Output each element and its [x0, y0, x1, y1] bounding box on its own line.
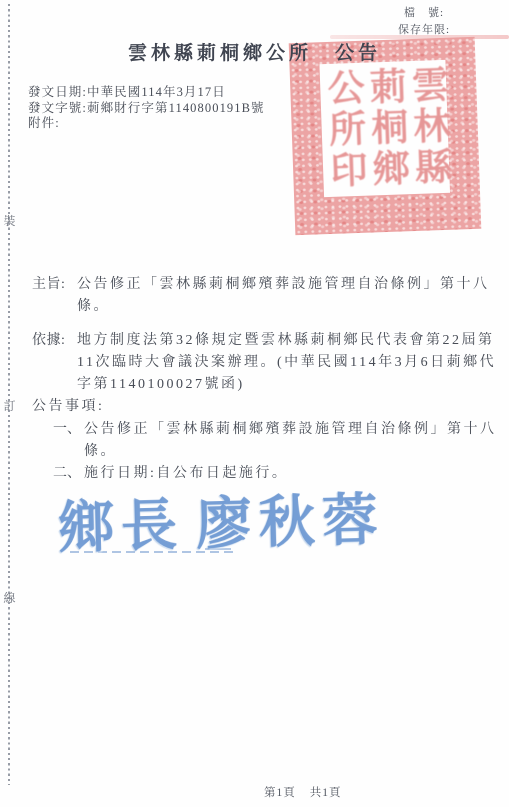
subject-row: 主旨: 公告修正「雲林縣莿桐鄉殯葬設施管理自治條例」第十八 條。 — [32, 274, 509, 319]
issue-date-label: 發文日期: — [28, 85, 87, 99]
seal-characters: 雲林縣 莿桐鄉 公所印 — [319, 65, 450, 192]
doc-number-value: 莿鄉財行字第1140800191B號 — [87, 101, 265, 115]
mayor-name: 廖秋蓉 — [195, 490, 386, 557]
issue-date-row: 發文日期:中華民國114年3月17日 — [28, 85, 265, 101]
basis-label: 依據: — [32, 330, 77, 397]
basis-text: 地方制度法第32條規定暨雲林縣莿桐鄉民代表會第22屆第 11次臨時大會議決案辦理… — [77, 330, 509, 397]
item-1-marker: 一、 — [53, 419, 84, 464]
official-red-seal: 雲林縣 莿桐鄉 公所印 — [289, 37, 482, 235]
file-number-label: 檔 號: — [404, 4, 444, 20]
announcement-body: 主旨: 公告修正「雲林縣莿桐鄉殯葬設施管理自治條例」第十八 條。 依據: 地方制… — [32, 274, 509, 486]
mayor-title: 鄉長 — [57, 495, 185, 560]
items-header: 公告事項: — [32, 396, 509, 418]
document-title: 雲林縣莿桐鄉公所 公告 — [0, 38, 509, 65]
issue-date-value: 中華民國114年3月17日 — [87, 85, 226, 99]
binding-mark-zhuang: 裝 — [1, 212, 18, 229]
doc-number-row: 發文字號:莿鄉財行字第1140800191B號 — [28, 101, 265, 117]
announcement-document: 裝 訂 線 檔 號: 保存年限: 雲林縣 莿桐鄉 公所印 雲林縣莿桐鄉公所 公告… — [0, 0, 509, 807]
item-2-marker: 二、 — [53, 463, 84, 485]
attachment-row: 附件: — [28, 116, 265, 132]
binding-mark-ding: 訂 — [1, 397, 18, 414]
page-number: 第1頁 — [264, 787, 296, 799]
page-total: 共1頁 — [310, 787, 342, 799]
subject-label: 主旨: — [32, 274, 77, 319]
announcement-item-1: 一、 公告修正「雲林縣莿桐鄉殯葬設施管理自治條例」第十八 條。 — [53, 419, 509, 464]
subject-text: 公告修正「雲林縣莿桐鄉殯葬設施管理自治條例」第十八 條。 — [77, 274, 509, 319]
binding-mark-xian: 線 — [1, 589, 18, 606]
attachment-label: 附件: — [28, 116, 60, 130]
basis-row: 依據: 地方制度法第32條規定暨雲林縣莿桐鄉民代表會第22屆第 11次臨時大會議… — [32, 330, 509, 397]
page-footer: 第1頁共1頁 — [264, 784, 342, 800]
item-1-text: 公告修正「雲林縣莿桐鄉殯葬設施管理自治條例」第十八 條。 — [84, 419, 509, 464]
binding-dotted-line — [8, 4, 10, 785]
mayor-signature-stamp: 鄉長廖秋蓉 — [57, 476, 386, 565]
doc-number-label: 發文字號: — [28, 101, 87, 115]
seal-inner-face: 雲林縣 莿桐鄉 公所印 — [319, 60, 450, 197]
document-meta: 發文日期:中華民國114年3月17日 發文字號:莿鄉財行字第1140800191… — [28, 85, 265, 132]
